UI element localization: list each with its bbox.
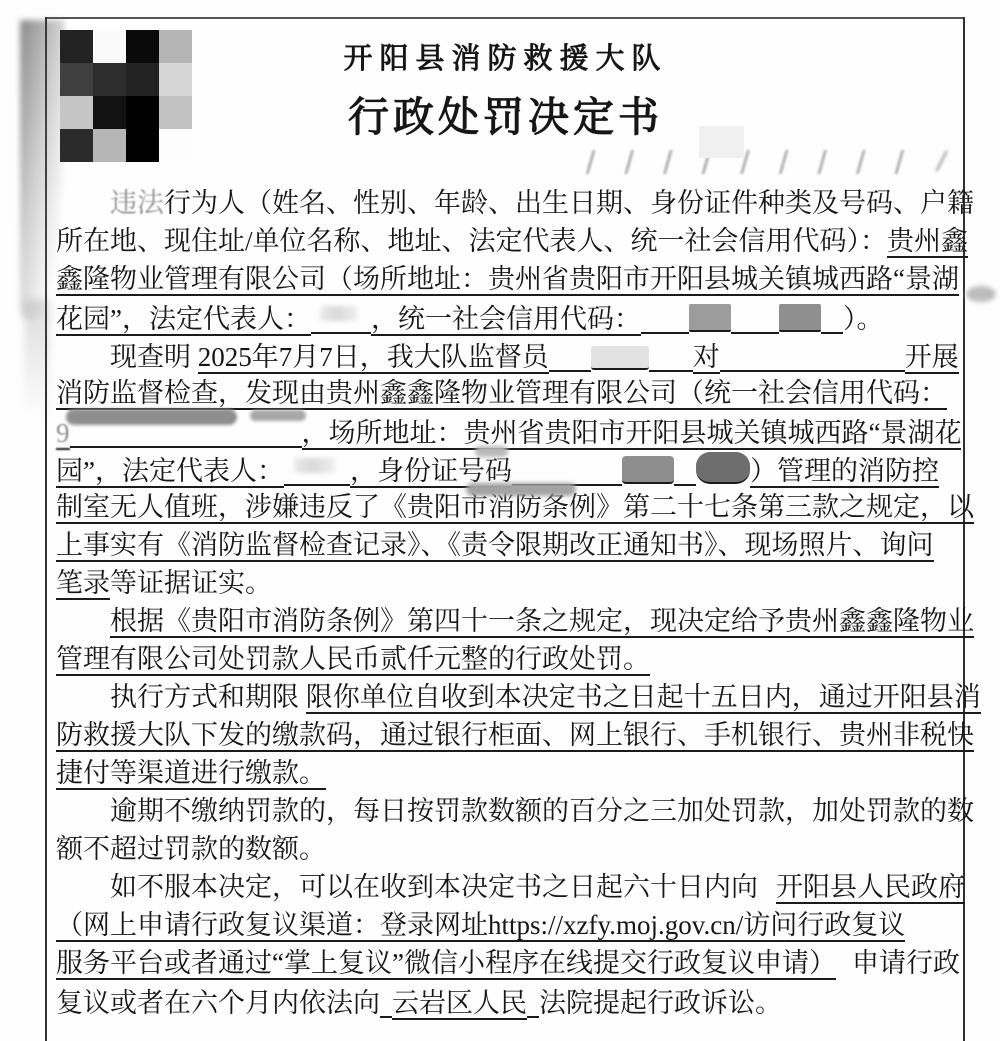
redaction-blob bbox=[696, 452, 750, 484]
redaction-blob bbox=[591, 346, 649, 370]
issuing-authority: 开阳县消防救援大队 bbox=[46, 36, 965, 77]
redaction-gap bbox=[731, 298, 779, 334]
text-line: 上事实有《消防监督检查记录》、《责令限期改正通知书》、现场照片、询问 bbox=[56, 526, 962, 564]
text-segment: 管理有限公司处罚款人民币贰仟元整的行政处罚。 bbox=[56, 644, 650, 676]
text-segment: 2025年7月7日，我大队监督员 bbox=[198, 342, 549, 374]
text-line: 防救援大队下发的缴款码，通过银行柜面、网上银行、手机银行、贵州非税快 bbox=[56, 716, 962, 754]
text-segment: 逾期不缴纳罚款的，每日按罚款数额的百分之三加处罚款，加处罚款的数 bbox=[110, 796, 974, 826]
text-line: 如不服本决定，可以在收到本决定书之日起六十日内向开阳县人民政府 bbox=[56, 868, 962, 906]
text-segment: 9 bbox=[56, 418, 70, 450]
redaction-gap bbox=[674, 450, 696, 486]
text-line: 所在地、现住址/单位名称、地址、法定代表人、统一社会信用代码）：贵州鑫 bbox=[56, 222, 962, 260]
text-line: 违法行为人（姓名、性别、年龄、出生日期、身份证件种类及号码、户籍 bbox=[56, 184, 962, 222]
redaction-gap bbox=[284, 450, 350, 486]
text-segment: 笔录 bbox=[56, 568, 110, 600]
redaction-blob bbox=[689, 304, 731, 332]
text-segment: 如不服本决定，可以在收到本决定书之日起六十日内向 bbox=[110, 872, 758, 902]
text-segment: 开展 bbox=[905, 342, 959, 374]
text-segment: 现查明 bbox=[110, 342, 198, 372]
text-line: 根据《贵阳市消防条例》第四十一条之规定，现决定给予贵州鑫鑫隆物业 bbox=[56, 602, 962, 640]
text-line: （网上申请行政复议渠道：登录网址https://xzfy.moj.gov.cn/… bbox=[56, 906, 962, 944]
text-segment: 限你单位自收到本决定书之日起十五日内，通过开阳县消 bbox=[306, 682, 981, 714]
text-line: 管理有限公司处罚款人民币贰仟元整的行政处罚。 bbox=[56, 640, 962, 678]
text-segment: 捷付等渠道进行缴款。 bbox=[56, 758, 326, 790]
redaction-gap bbox=[821, 298, 843, 334]
text-segment: 所在地、现住址/单位名称、地址、法定代表人、统一社会信用代码）： bbox=[56, 226, 887, 256]
text-line: 执行方式和期限 限你单位自收到本决定书之日起十五日内，通过开阳县消 bbox=[56, 678, 962, 716]
redaction-gap bbox=[527, 982, 539, 1018]
text-line: 消防监督检查，发现由贵州鑫鑫隆物业管理有限公司（统一社会信用代码： bbox=[56, 374, 962, 412]
text-segment: 云岩区人民 bbox=[392, 988, 527, 1020]
text-segment: 等证据证实。 bbox=[110, 568, 272, 598]
text-segment: ）管理的消防控 bbox=[750, 456, 939, 488]
text-segment: 贵州鑫 bbox=[887, 226, 968, 258]
redaction-gap bbox=[758, 868, 776, 902]
redaction-gap bbox=[649, 336, 693, 372]
text-line: 额不超过罚款的数额。 bbox=[56, 830, 962, 868]
redaction-gap bbox=[641, 298, 689, 334]
text-line: 服务平台或者通过“掌上复议”微信小程序在线提交行政复议申请）申请行政 bbox=[56, 944, 962, 982]
text-segment: 服务平台或者通过“掌上复议”微信小程序在线提交行政复议申请） bbox=[56, 948, 836, 980]
text-segment: 行为人（姓名、性别、年龄、出生日期、身份证件种类及号码、户籍 bbox=[164, 188, 974, 218]
redaction-gap bbox=[836, 944, 852, 978]
faded-smudge bbox=[699, 126, 744, 158]
redaction-gap bbox=[70, 412, 302, 448]
text-segment: 根据《贵阳市消防条例》第四十一条之规定，现决定给予贵州鑫鑫隆物业 bbox=[110, 606, 974, 638]
margin-smudge bbox=[966, 286, 996, 302]
text-segment: 开阳县人民政府 bbox=[776, 872, 965, 904]
text-segment: 复议或者在六个月内依法向 bbox=[56, 988, 380, 1018]
text-line: 9，场所地址：贵州省贵阳市开阳县城关镇城西路“景湖花 bbox=[56, 412, 962, 450]
page-border-top bbox=[46, 17, 965, 19]
text-segment: 制室无人值班，涉嫌违反了《贵阳市消防条例》第二十七条第三款之规定，以 bbox=[56, 492, 974, 524]
redaction-blob bbox=[622, 456, 674, 484]
redaction-gap bbox=[380, 982, 392, 1018]
text-line: 笔录等证据证实。 bbox=[56, 564, 962, 602]
redaction-gap bbox=[549, 336, 591, 372]
text-segment: （网上申请行政复议渠道：登录网址https://xzfy.moj.gov.cn/… bbox=[56, 910, 905, 942]
text-line: 复议或者在六个月内依法向云岩区人民法院提起行政诉讼。 bbox=[56, 982, 962, 1020]
redaction-gap bbox=[311, 298, 371, 334]
text-line: 逾期不缴纳罚款的，每日按罚款数额的百分之三加处罚款，加处罚款的数 bbox=[56, 792, 962, 830]
redaction-blob bbox=[779, 304, 821, 332]
text-segment: 防救援大队下发的缴款码，通过银行柜面、网上银行、手机银行、贵州非税快 bbox=[56, 720, 974, 752]
text-line: 现查明 2025年7月7日，我大队监督员对开展 bbox=[56, 336, 962, 374]
text-segment: 违法 bbox=[110, 188, 164, 218]
text-line: 花园”，法定代表人：，统一社会信用代码：）。 bbox=[56, 298, 962, 336]
text-line: 园”，法定代表人：，身份证号码）管理的消防控 bbox=[56, 450, 962, 488]
text-segment: ，场所地址：贵州省贵阳市开阳县城关镇城西路“景湖花 bbox=[302, 418, 962, 450]
text-segment: 额不超过罚款的数额。 bbox=[56, 834, 326, 864]
text-segment: 对 bbox=[693, 342, 720, 374]
text-segment: 申请行政 bbox=[852, 948, 960, 978]
text-segment: ，统一社会信用代码： bbox=[371, 304, 641, 336]
text-segment: 《消防监督检查记录》、《责令限期改正通知书》、现场照片、询问 bbox=[164, 530, 934, 562]
text-line: 捷付等渠道进行缴款。 bbox=[56, 754, 962, 792]
text-segment: 执行方式和期限 bbox=[110, 682, 306, 712]
text-segment: 鑫隆物业管理有限公司（场所地址：贵州省贵阳市开阳县城关镇城西路“景湖 bbox=[56, 264, 959, 296]
text-segment: 法院提起行政诉讼。 bbox=[539, 988, 782, 1018]
document-page: 开阳县消防救援大队 行政处罚决定书 违法行为人（姓名、性别、年龄、出生日期、身份… bbox=[0, 0, 1000, 1041]
text-segment: 花园”，法定代表人： bbox=[56, 304, 311, 336]
redaction-gap bbox=[512, 450, 622, 486]
text-segment: 消防监督检查，发现由贵州鑫鑫隆物业管理有限公司（统一社会信用代码： bbox=[56, 378, 947, 410]
text-segment: 上事实有 bbox=[56, 530, 164, 562]
document-body: 违法行为人（姓名、性别、年龄、出生日期、身份证件种类及号码、户籍所在地、现住址/… bbox=[56, 184, 962, 1020]
text-segment: ）。 bbox=[843, 304, 884, 334]
document-title: 行政处罚决定书 bbox=[46, 84, 965, 143]
scan-shadow bbox=[24, 300, 50, 420]
redaction-gap bbox=[720, 336, 905, 372]
text-segment: 园”，法定代表人： bbox=[56, 456, 284, 488]
text-line: 鑫隆物业管理有限公司（场所地址：贵州省贵阳市开阳县城关镇城西路“景湖 bbox=[56, 260, 962, 298]
